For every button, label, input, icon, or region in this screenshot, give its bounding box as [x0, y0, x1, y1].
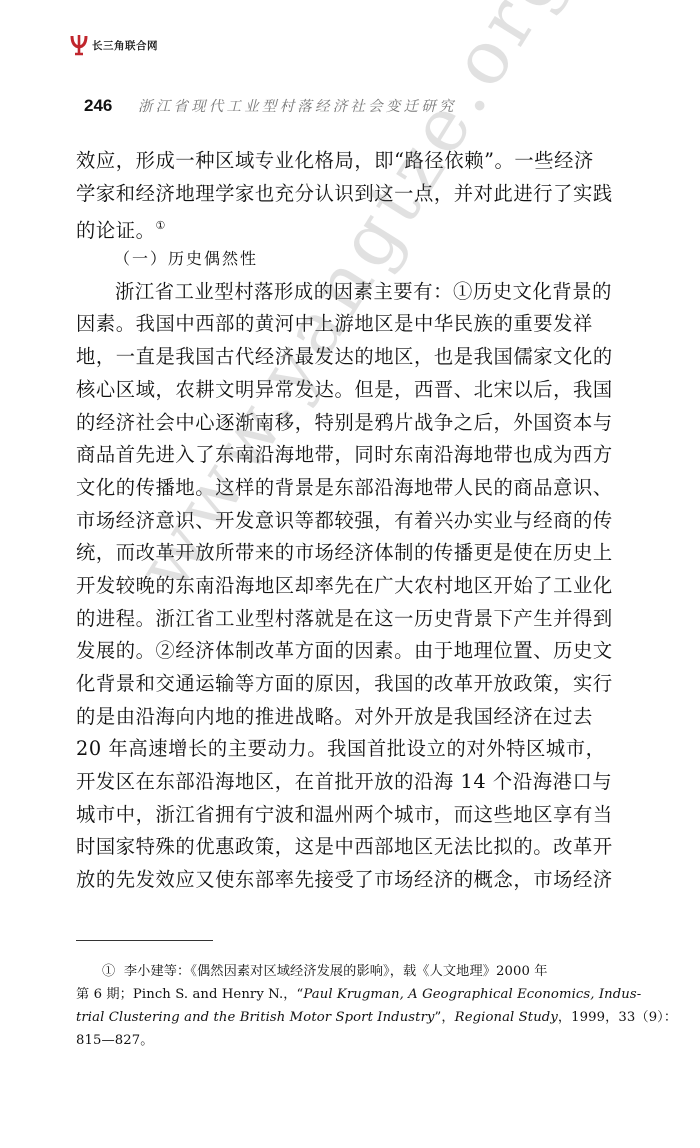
- paragraph-line: 浙江省工业型村落形成的因素主要有：①历史文化背景的: [76, 276, 632, 309]
- footnote-italic-title: Paul Krugman, A Geographical Economics, …: [303, 987, 641, 1002]
- paragraph-line: 地，一直是我国古代经济最发达的地区，也是我国儒家文化的: [76, 341, 632, 374]
- paragraph-line: 的经济社会中心逐渐南移，特别是鸦片战争之后，外国资本与: [76, 407, 632, 440]
- paragraph-line: 文化的传播地。这样的背景是东部沿海地带人民的商品意识、: [76, 472, 632, 505]
- body-line-with-footnote: 的论证。①: [76, 210, 632, 243]
- body-line: 学家和经济地理学家也充分认识到这一点，并对此进行了实践: [76, 178, 632, 211]
- body-line: 效应，形成一种区域专业化格局，即“路径依赖”。一些经济: [76, 145, 632, 178]
- footnote-line: 第 6 期；Pinch S. and Henry N.，“Paul Krugma…: [76, 983, 636, 1006]
- footnote-text: 第 6 期；Pinch S. and Henry N.，“: [76, 987, 303, 1002]
- footnote-text: ，1999，33（9）：: [558, 1010, 677, 1025]
- footnote-text: ”，: [435, 1010, 455, 1025]
- footnote-line: 815—827。: [76, 1029, 636, 1052]
- footnote-line: ① 李小建等：《偶然因素对区域经济发展的影响》，载《人文地理》2000 年: [76, 960, 636, 983]
- footnote-divider: [76, 940, 213, 941]
- paragraph-line: 的进程。浙江省工业型村落就是在这一历史背景下产生并得到: [76, 603, 632, 636]
- paragraph-line: 发展的。②经济体制改革方面的因素。由于地理位置、历史文: [76, 635, 632, 668]
- body-text: 效应，形成一种区域专业化格局，即“路径依赖”。一些经济 学家和经济地理学家也充分…: [76, 145, 632, 897]
- paragraph-line: 市场经济意识、开发意识等都较强，有着兴办实业与经商的传: [76, 505, 632, 538]
- paragraph-line: 商品首先进入了东南沿海地带，同时东南沿海地带也成为西方: [76, 439, 632, 472]
- book-title: 浙江省现代工业型村落经济社会变迁研究: [138, 95, 457, 116]
- footnote-italic-title: trial Clustering and the British Motor S…: [76, 1010, 435, 1025]
- paragraph-line: 时国家特殊的优惠政策，这是中西部地区无法比拟的。改革开: [76, 831, 632, 864]
- paragraph-line: 放的先发效应又使东部率先接受了市场经济的概念，市场经济: [76, 864, 632, 897]
- psi-logo-icon: [70, 34, 88, 56]
- footnote-text: 李小建等：《偶然因素对区域经济发展的影响》，载《人文地理》2000 年: [124, 964, 548, 979]
- paragraph-line: 开发较晚的东南沿海地区却率先在广大农村地区开始了工业化: [76, 570, 632, 603]
- footnote: ① 李小建等：《偶然因素对区域经济发展的影响》，载《人文地理》2000 年 第 …: [76, 960, 636, 1052]
- paragraph-line: 统，而改革开放所带来的市场经济体制的传播更是使在历史上: [76, 537, 632, 570]
- section-heading: （一）历史偶然性: [76, 243, 632, 276]
- footnote-reference[interactable]: ①: [156, 219, 166, 232]
- paragraph-line: 因素。我国中西部的黄河中上游地区是中华民族的重要发祥: [76, 308, 632, 341]
- footnote-line: trial Clustering and the British Motor S…: [76, 1006, 636, 1029]
- paragraph-line: 的是由沿海向内地的推进战略。对外开放是我国经济在过去: [76, 701, 632, 734]
- footnote-journal: Regional Study: [455, 1010, 558, 1025]
- page-number: 246: [84, 96, 138, 116]
- site-logo: 长三角联合网: [70, 34, 158, 56]
- paragraph-line: 核心区域，农耕文明异常发达。但是，西晋、北宋以后，我国: [76, 374, 632, 407]
- paragraph-line: 开发区在东部沿海地区，在首批开放的沿海 14 个沿海港口与: [76, 766, 632, 799]
- body-line-text: 的论证。: [76, 219, 156, 242]
- paragraph-line: 化背景和交通运输等方面的原因，我国的改革开放政策，实行: [76, 668, 632, 701]
- footnote-marker: ①: [102, 964, 115, 979]
- running-head: 246 浙江省现代工业型村落经济社会变迁研究: [84, 95, 457, 116]
- paragraph-line: 20 年高速增长的主要动力。我国首批设立的对外特区城市，: [76, 733, 632, 766]
- logo-text: 长三角联合网: [92, 38, 158, 53]
- paragraph-line: 城市中，浙江省拥有宁波和温州两个城市，而这些地区享有当: [76, 799, 632, 832]
